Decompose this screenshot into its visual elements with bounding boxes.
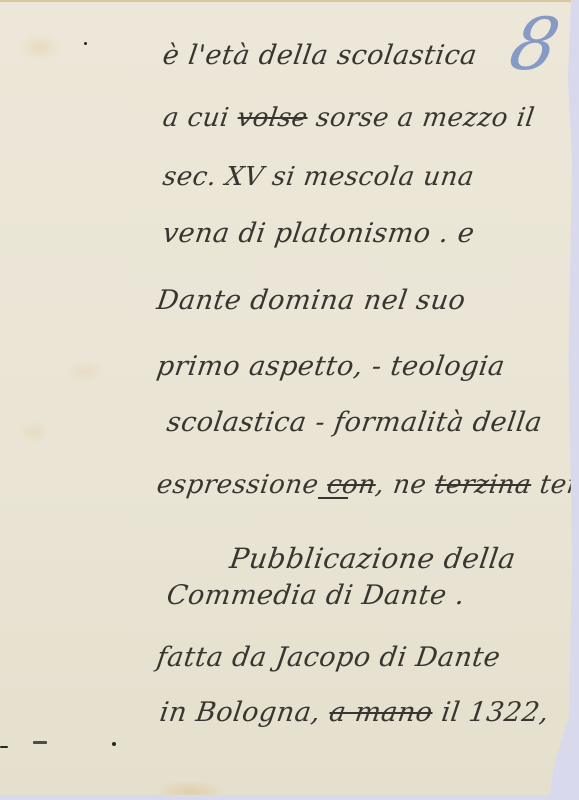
line-text: in Bologna,	[158, 697, 332, 728]
struck-word: a mano	[327, 697, 434, 728]
page-number: 8	[503, 2, 567, 86]
manuscript-line-11: fatta da Jacopo di Dante	[155, 642, 503, 673]
struck-word: volse	[236, 103, 310, 133]
struck-word: con	[325, 470, 378, 500]
manuscript-line-6: primo aspetto, - teologia	[155, 351, 507, 382]
ink-spot	[112, 742, 116, 746]
manuscript-line-12: in Bologna, a mano il 1322,	[158, 697, 551, 728]
ink-spot	[84, 42, 87, 45]
manuscript-line-3: sec. XV si mescola una	[161, 162, 476, 192]
manuscript-line-10: Commedia di Dante .	[165, 580, 467, 611]
manuscript-page: 8 è l'età della scolastica a cui volse s…	[0, 0, 572, 795]
line-text: , ne	[374, 470, 438, 500]
ink-spot	[0, 746, 8, 748]
manuscript-line-8: espressione con, ne terzina terzarima	[155, 470, 579, 500]
manuscript-line-4: vena di platonismo . e	[161, 218, 477, 249]
section-divider	[318, 497, 348, 499]
manuscript-line-5: Dante domina nel suo	[155, 285, 468, 316]
line-text: sorse a mezzo il	[305, 103, 536, 133]
section-heading: Pubblicazione della	[228, 542, 518, 575]
struck-word: terzina	[433, 470, 533, 500]
line-text: il 1322,	[430, 697, 551, 728]
line-text: terzarima	[529, 470, 579, 500]
manuscript-line-7: scolastica - formalità della	[165, 407, 544, 438]
manuscript-line-1: è l'età della scolastica	[161, 40, 479, 71]
manuscript-line-2: a cui volse sorse a mezzo il	[161, 103, 537, 133]
ink-spot	[33, 741, 47, 744]
line-text: espressione	[155, 470, 329, 500]
line-text: a cui	[161, 103, 240, 133]
